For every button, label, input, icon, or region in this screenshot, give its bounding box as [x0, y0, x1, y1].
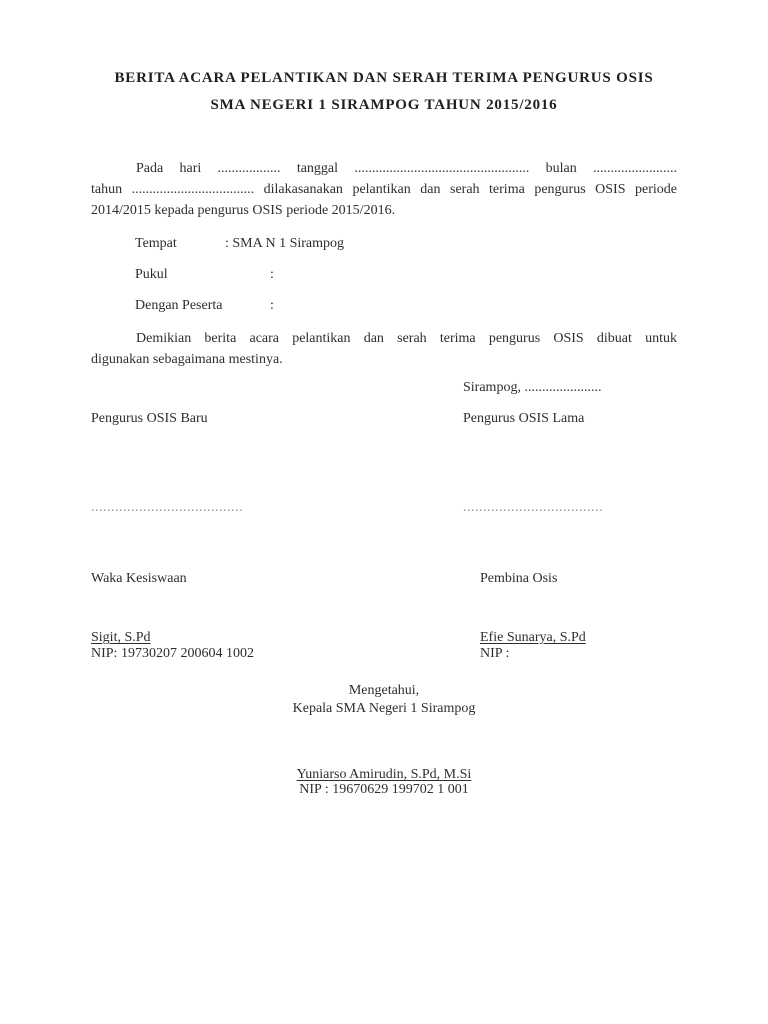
document-page: BERITA ACARA PELANTIKAN DAN SERAH TERIMA…	[0, 0, 768, 1024]
detail-colon: :	[225, 236, 229, 251]
title-line-1: BERITA ACARA PELANTIKAN DAN SERAH TERIMA…	[91, 70, 677, 86]
document-content: BERITA ACARA PELANTIKAN DAN SERAH TERIMA…	[0, 70, 768, 797]
right-signer-nip: NIP :	[463, 646, 677, 662]
signature-name-row: Sigit, S.Pd Efie Sunarya, S.Pd	[91, 630, 677, 646]
left-role-label: Waka Kesiswaan	[91, 568, 463, 589]
detail-value-tempat: SMA N 1 Sirampog	[232, 236, 344, 251]
signature-dots-row: ...................................... .…	[91, 497, 677, 518]
signature-nip-row: NIP: 19730207 200604 1002 NIP :	[91, 646, 677, 662]
right-role-label: Pembina Osis	[463, 568, 677, 589]
approval-signer-nip: NIP : 19670629 199702 1 001	[91, 782, 677, 797]
detail-row-pukul: Pukul:	[135, 264, 677, 285]
approval-line-1: Mengetahui,	[91, 682, 677, 700]
opening-paragraph-line-2: tahun ..................................…	[91, 179, 677, 200]
opening-paragraph: Pada hari .................. tanggal ...…	[91, 158, 677, 221]
approval-signer-name: Yuniarso Amirudin, S.Pd, M.Si	[297, 767, 472, 782]
detail-row-tempat: Tempat: SMA N 1 Sirampog	[135, 233, 677, 254]
approval-block: Mengetahui, Kepala SMA Negeri 1 Sirampog…	[91, 682, 677, 797]
closing-paragraph-line-2: digunakan sebagaimana mestinya.	[91, 349, 677, 370]
details-list: Tempat: SMA N 1 Sirampog Pukul: Dengan P…	[91, 233, 677, 316]
signature-role-row: Waka Kesiswaan Pembina Osis	[91, 568, 677, 589]
title-line-2: SMA NEGERI 1 SIRAMPOG TAHUN 2015/2016	[91, 97, 677, 113]
detail-colon: :	[270, 267, 274, 282]
detail-label-tempat: Tempat	[135, 233, 225, 254]
left-signer-name: Sigit, S.Pd	[91, 630, 151, 645]
opening-paragraph-line-3: 2014/2015 kepada pengurus OSIS periode 2…	[91, 200, 677, 221]
right-party-label: Pengurus OSIS Lama	[463, 408, 677, 429]
document-title: BERITA ACARA PELANTIKAN DAN SERAH TERIMA…	[91, 70, 677, 113]
detail-label-pukul: Pukul	[135, 264, 270, 285]
closing-paragraph: Demikian berita acara pelantikan dan ser…	[91, 328, 677, 370]
closing-paragraph-line-1: Demikian berita acara pelantikan dan ser…	[91, 328, 677, 349]
right-signer-name: Efie Sunarya, S.Pd	[480, 630, 586, 645]
detail-row-dengan-peserta: Dengan Peserta:	[135, 295, 677, 316]
left-signature-dots: ......................................	[91, 500, 243, 515]
opening-paragraph-line-1: Pada hari .................. tanggal ...…	[91, 158, 677, 179]
left-signer-nip: NIP: 19730207 200604 1002	[91, 646, 463, 662]
detail-colon: :	[270, 298, 274, 313]
detail-label-dengan-peserta: Dengan Peserta	[135, 295, 270, 316]
signature-party-row: Pengurus OSIS Baru Pengurus OSIS Lama	[91, 408, 677, 429]
right-signature-dots: ...................................	[463, 500, 603, 515]
approval-line-2: Kepala SMA Negeri 1 Sirampog	[91, 700, 677, 718]
left-party-label: Pengurus OSIS Baru	[91, 408, 463, 429]
place-date-line: Sirampog, ......................	[463, 377, 677, 398]
approval-signer: Yuniarso Amirudin, S.Pd, M.Si NIP : 1967…	[91, 767, 677, 797]
